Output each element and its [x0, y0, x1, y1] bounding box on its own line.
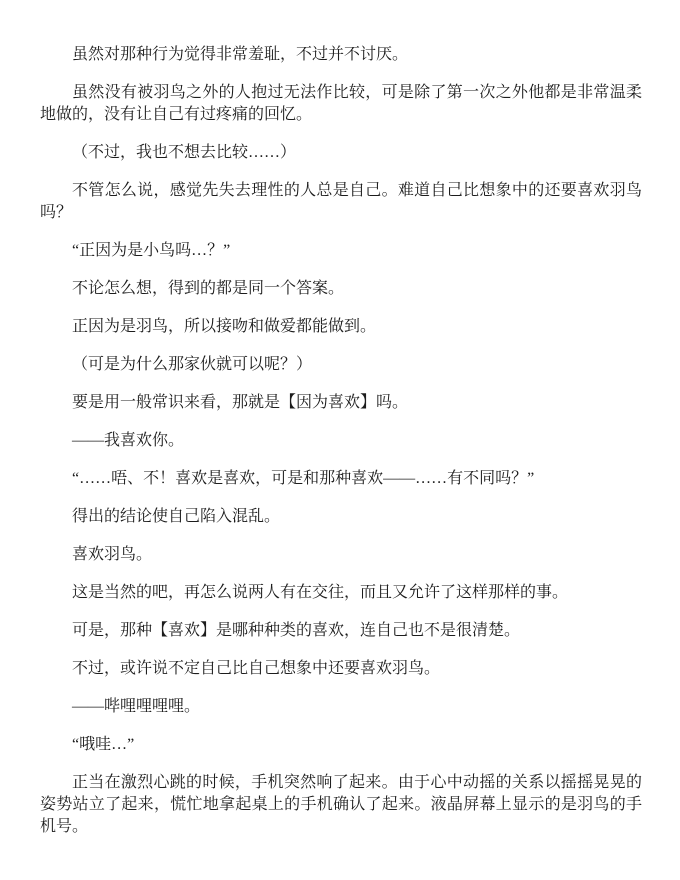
- paragraph: 得出的结论使自己陷入混乱。: [40, 506, 642, 528]
- paragraph: （可是为什么那家伙就可以呢？）: [40, 354, 642, 376]
- paragraph: 不过，或许说不定自己比自己想象中还要喜欢羽鸟。: [40, 658, 642, 680]
- paragraph: （不过，我也不想去比较……）: [40, 142, 642, 164]
- paragraph: “哦哇…”: [40, 734, 642, 756]
- paragraph: 虽然对那种行为觉得非常羞耻，不过并不讨厌。: [40, 44, 642, 66]
- document-page: 虽然对那种行为觉得非常羞耻，不过并不讨厌。虽然没有被羽鸟之外的人抱过无法作比较，…: [0, 0, 680, 880]
- paragraph: ——我喜欢你。: [40, 430, 642, 452]
- paragraph: 正当在激烈心跳的时候，手机突然响了起来。由于心中动摇的关系以摇摇晃晃的姿势站立了…: [40, 772, 642, 838]
- paragraph: “正因为是小鸟吗…？”: [40, 240, 642, 262]
- paragraph: 可是，那种【喜欢】是哪种种类的喜欢，连自己也不是很清楚。: [40, 620, 642, 642]
- paragraph: ——哔哩哩哩哩。: [40, 696, 642, 718]
- paragraph: 不管怎么说，感觉先失去理性的人总是自己。难道自己比想象中的还要喜欢羽鸟吗？: [40, 180, 642, 224]
- paragraph: 这是当然的吧，再怎么说两人有在交往，而且又允许了这样那样的事。: [40, 582, 642, 604]
- paragraph: 不论怎么想，得到的都是同一个答案。: [40, 278, 642, 300]
- paragraph: 喜欢羽鸟。: [40, 544, 642, 566]
- paragraph: 正因为是羽鸟，所以接吻和做爱都能做到。: [40, 316, 642, 338]
- paragraph: 要是用一般常识来看，那就是【因为喜欢】吗。: [40, 392, 642, 414]
- document-content: 虽然对那种行为觉得非常羞耻，不过并不讨厌。虽然没有被羽鸟之外的人抱过无法作比较，…: [40, 44, 642, 838]
- paragraph: 虽然没有被羽鸟之外的人抱过无法作比较，可是除了第一次之外他都是非常温柔地做的，没…: [40, 82, 642, 126]
- paragraph: “……唔、不！喜欢是喜欢，可是和那种喜欢——……有不同吗？”: [40, 468, 642, 490]
